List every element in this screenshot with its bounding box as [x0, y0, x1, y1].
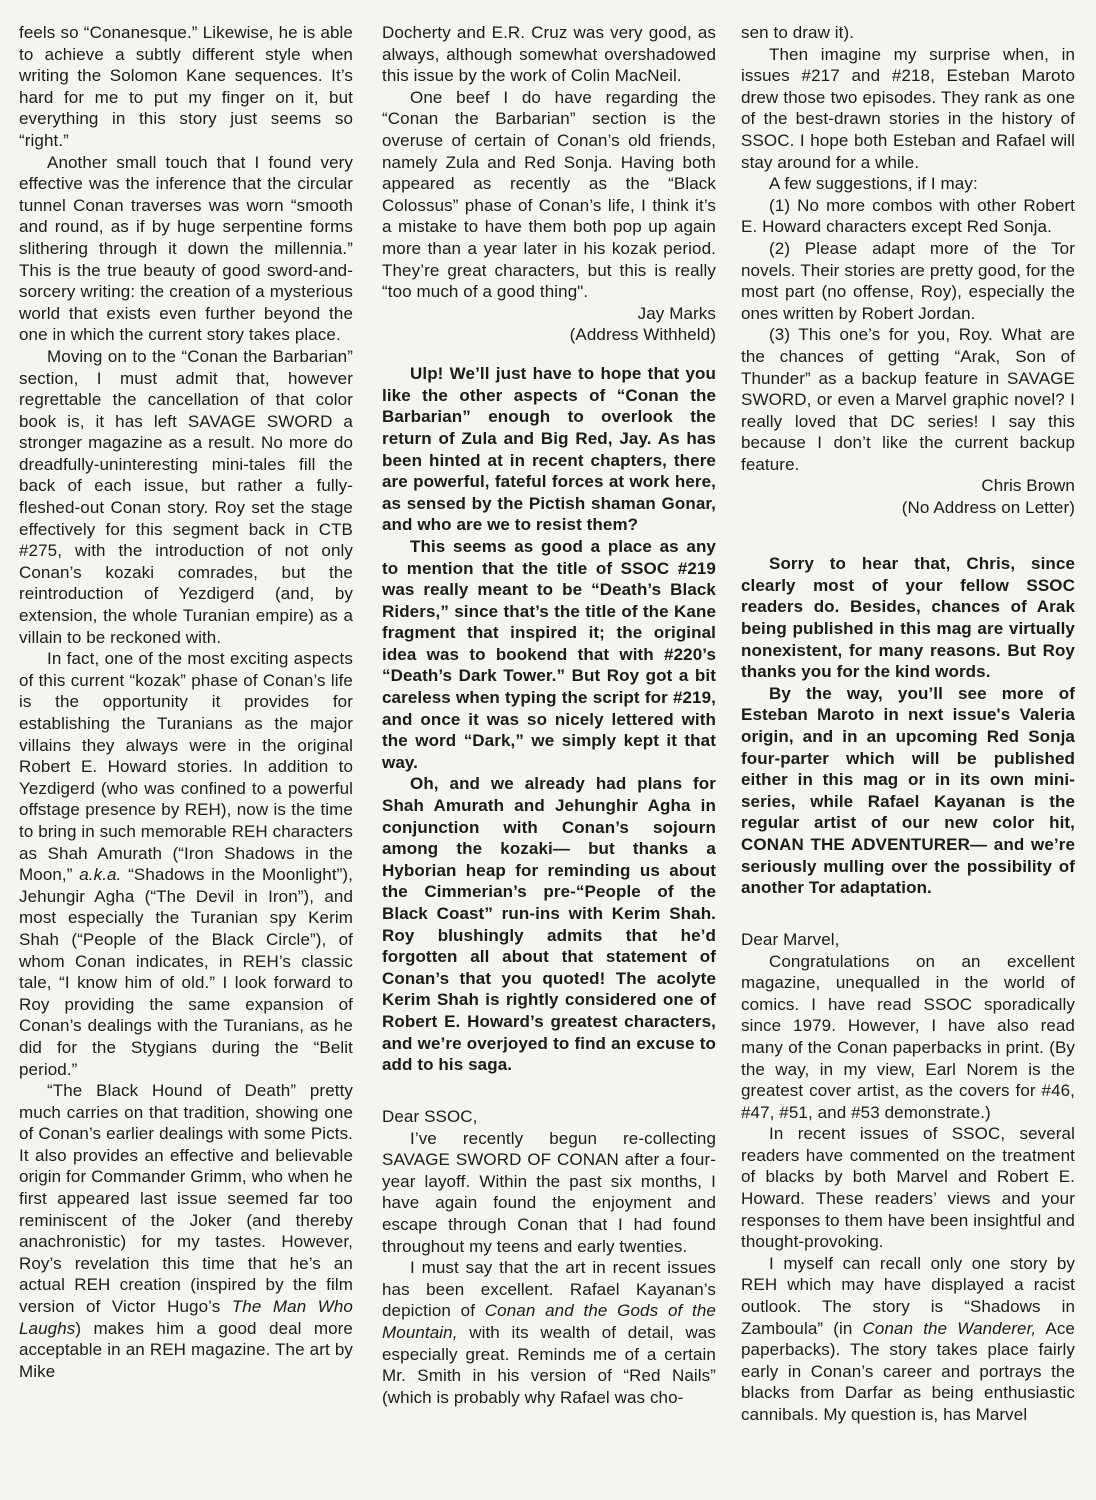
- paragraph-column-1-4: In fact, one of the most exciting aspect…: [19, 648, 353, 1080]
- paragraph-column-3-7: Chris Brown: [741, 475, 1075, 497]
- paragraph-column-3-14: I myself can recall only one story by RE…: [741, 1253, 1075, 1426]
- paragraph-column-3-4: (1) No more combos with other Robert E. …: [741, 195, 1075, 238]
- paragraph-column-2-8: Dear SSOC,: [382, 1106, 716, 1128]
- paragraph-column-1-3: Moving on to the “Conan the Barbarian” s…: [19, 346, 353, 648]
- paragraph-column-3-6: (3) This one’s for you, Roy. What are th…: [741, 324, 1075, 475]
- paragraph-column-3-8: (No Address on Letter): [741, 497, 1075, 519]
- paragraph-column-3-13: In recent issues of SSOC, several reader…: [741, 1123, 1075, 1253]
- text-column-1: feels so “Conanesque.” Likewise, he is a…: [19, 22, 353, 1500]
- text-column-2: Docherty and E.R. Cruz was very good, as…: [382, 22, 716, 1500]
- paragraph-column-1-1: feels so “Conanesque.” Likewise, he is a…: [19, 22, 353, 152]
- paragraph-column-2-4: (Address Withheld): [382, 324, 716, 346]
- paragraph-column-2-7: Oh, and we already had plans for Shah Am…: [382, 773, 716, 1075]
- paragraph-column-2-9: I’ve recently begun re-collecting SAVAGE…: [382, 1128, 716, 1258]
- paragraph-column-1-2: Another small touch that I found very ef…: [19, 152, 353, 346]
- paragraph-column-2-3: Jay Marks: [382, 303, 716, 325]
- paragraph-column-1-5: “The Black Hound of Death” pretty much c…: [19, 1080, 353, 1382]
- paragraph-column-3-10: By the way, you’ll see more of Esteban M…: [741, 683, 1075, 899]
- paragraph-column-2-2: One beef I do have regarding the “Conan …: [382, 87, 716, 303]
- paragraph-column-3-1: sen to draw it).: [741, 22, 1075, 44]
- paragraph-column-3-5: (2) Please adapt more of the Tor novels.…: [741, 238, 1075, 324]
- paragraph-column-3-12: Congratulations on an excellent magazine…: [741, 951, 1075, 1124]
- paragraph-column-2-10: I must say that the art in recent issues…: [382, 1257, 716, 1408]
- paragraph-column-2-6: This seems as good a place as any to men…: [382, 536, 716, 774]
- paragraph-column-2-1: Docherty and E.R. Cruz was very good, as…: [382, 22, 716, 87]
- letters-column-page: feels so “Conanesque.” Likewise, he is a…: [0, 0, 1096, 1500]
- paragraph-column-3-11: Dear Marvel,: [741, 929, 1075, 951]
- paragraph-column-3-9: Sorry to hear that, Chris, since clearly…: [741, 553, 1075, 683]
- paragraph-column-2-5: Ulp! We’ll just have to hope that you li…: [382, 363, 716, 536]
- text-column-3: sen to draw it).Then imagine my surprise…: [741, 22, 1075, 1500]
- paragraph-column-3-2: Then imagine my surprise when, in issues…: [741, 44, 1075, 174]
- paragraph-column-3-3: A few suggestions, if I may:: [741, 173, 1075, 195]
